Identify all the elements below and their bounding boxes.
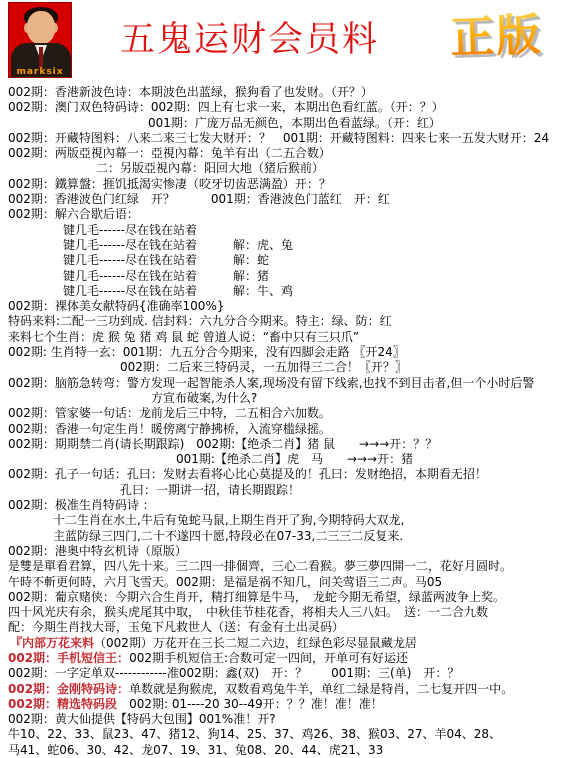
tip-line: 键几毛------尽在钱在站着 解：蛇 (8, 253, 573, 268)
tip-line-text: 键几毛------尽在钱在站着 解：虎、兔 (63, 238, 293, 252)
tip-line-text: 键几毛------尽在钱在站着 解：牛、鸡 (63, 284, 293, 298)
tip-line-text: 特码来料:二配一三功到成. 信封料：六九分合今期来。特主：绿、防：红 (8, 314, 392, 328)
tip-line-text: 002期：香港波色门红绿 开？ 001期：香港波色门蓝红 开：红 (8, 192, 390, 206)
tip-line-text: 002期：极准生肖特码诗 ： (8, 498, 155, 512)
tip-line-text: 牛10、22、33、鼠23、47、猪12、狗14、25、37、鸡26、38、猴0… (8, 727, 501, 741)
tipster-photo: marksix (8, 2, 72, 78)
tip-line: 特码来料:二配一三功到成. 信封料：六九分合今期来。特主：绿、防：红 (8, 314, 573, 329)
tip-line-text: 方宣布破案,为什么? (151, 391, 257, 405)
page-header: marksix 五鬼运财会员料 正版 (0, 0, 575, 84)
tip-line-text: 001期：广庞万品无颜色，本期出色看蓝绿。（开：红） (148, 116, 441, 130)
tip-line-text: 002期：两版亞視內幕一：亞視內幕：兔羊有出（二五合数） (8, 146, 331, 160)
tip-line-text: 002期：期期禁二肖(请长期跟踪) 002期:【绝杀二肖】猪 鼠 →→→开：？？ (8, 437, 437, 451)
tip-line-highlight: 『内部万花来料 (10, 636, 94, 650)
tip-line: 002期：香港新波色诗：本期波色出蓝绿，猴狗看了也发财。（开？） (8, 85, 573, 100)
tip-line: 键几毛------尽在钱在站着 (8, 223, 573, 238)
tip-line: 牛10、22、33、鼠23、47、猪12、狗14、25、37、鸡26、38、猴0… (8, 727, 573, 742)
tip-line-text: 马41、蛇06、30、42、龙07、19、31、兔08、20、44、虎21、33 (8, 743, 383, 757)
tip-line: 002期：香港一句定生肖！暖傍离宁静拂桥，入流穿槛绿摇。 (8, 422, 573, 437)
tip-line-text: 是雙是單看君算，四八先十来。三二四一排個齊，三心二看猴。夢三夢四開一二，花好月圆… (8, 559, 512, 573)
tip-line-text: 002期：脑筋急转弯：警方发现一起智能杀人案,现场没有留下线索,也找不到目击者,… (8, 376, 534, 390)
tip-line: 002期：解六合歇后语： (8, 207, 573, 222)
photo-caption: marksix (9, 67, 71, 77)
tip-line-text: 002期：澳门双色特码诗：002期：四上有七求一来，本期出色看红蓝。（开：？） (8, 100, 444, 114)
tip-line: 002期：澳门双色特码诗：002期：四上有七求一来，本期出色看红蓝。（开：？） (8, 100, 573, 115)
tip-line: 是雙是單看君算，四八先十来。三二四一排個齊，三心二看猴。夢三夢四開一二，花好月圆… (8, 559, 573, 574)
tip-line-text: 主蓝防绿三四门,二十不遂四十愿,特段必在07-33,二三三二反复来. (53, 529, 403, 543)
tip-line: 002期：精选特码段 002期: 01----20 30--49开：？？准！准！… (8, 697, 573, 712)
tip-line-text: 001期:【绝杀二肖】虎 马 →→→开：猪 (176, 452, 413, 466)
tip-line-text: 002期：一字定单双------------准002期：鑫(双) 开：？ 001… (8, 666, 459, 680)
tip-line-text: 002期：葡京赌侠：今期六合生肖开，精打细算是牛马， 龙蛇今期无希望，绿蓝两波争… (8, 590, 505, 604)
tip-line-text: 002期: 01----20 30--49开：？？准！准！准！ (117, 697, 383, 711)
tip-line: 002期：金刚特码诗：单数就是狗猴虎，双数看鸡兔牛羊，单红二绿是特肖，二七复开四… (8, 682, 573, 697)
tip-line: 键几毛------尽在钱在站着 解：虎、兔 (8, 238, 573, 253)
tip-line: 来料七个生肖：虎 猴 兔 猪 鸡 鼠 蛇 曾道人说：“畜中只有三只爪” (8, 330, 573, 345)
tip-line-text: 午時不斬更何時，六月飞雪天。002期：是福是祸不知几，问关莺语三二声。马05 (8, 575, 442, 589)
tip-line-text: 配：今期生肖找大哥，玉兔下凡救世人（送：有金有土出灵码） (8, 620, 344, 634)
tip-line-text: 键几毛------尽在钱在站着 解：猪 (63, 269, 269, 283)
tip-line: 002期：鐵算盤：捱饥抵渴实惨凄（咬牙切齿恶满盈）开：？ (8, 177, 573, 192)
photo-tie-shape (39, 47, 43, 69)
page-title: 五鬼运财会员料 (120, 12, 379, 62)
tip-line-text: 单数就是狗猴虎，双数看鸡兔牛羊，单红二绿是特肖，二七复开四一中。 (129, 682, 513, 696)
tip-line: 002期：脑筋急转弯：警方发现一起智能杀人案,现场没有留下线索,也找不到目击者,… (8, 376, 573, 391)
tip-line: 002期：手机短信王：002期手机短信王:合数可定一四间，开单可有好运还 (8, 651, 573, 666)
tip-line: 主蓝防绿三四门,二十不遂四十愿,特段必在07-33,二三三二反复来. (8, 529, 573, 544)
tip-line: 001期:【绝杀二肖】虎 马 →→→开：猪 (8, 452, 573, 467)
tip-line: 002期：管家婆一句话：龙前龙后三中特，二五相合六加数。 (8, 406, 573, 421)
tip-line-text: 002期：开藏特图料：八来二来三七发大财开：？ 001期：开藏特图料：四来七来一… (8, 131, 549, 145)
tip-line: 002期：港奥中特玄机诗（原版） (8, 544, 573, 559)
tip-line: 午時不斬更何時，六月飞雪天。002期：是福是祸不知几，问关莺语三二声。马05 (8, 575, 573, 590)
tip-line: 002期：香港波色门红绿 开？ 001期：香港波色门蓝红 开：红 (8, 192, 573, 207)
tip-line-text: 键几毛------尽在钱在站着 (63, 223, 197, 237)
tip-line-text: 002期：孔子一句话：孔曰：发财去看将心比心莫提及的！孔曰：发财绝招，本期看无招… (8, 467, 487, 481)
tip-line-text: 002期手机短信王:合数可定一四间，开单可有好运还 (129, 651, 408, 665)
photo-face-shape (27, 11, 55, 44)
tip-line-text: 四十风光庆有余，猴头虎尾其中取， 中秋佳节桂花香，将相夫人三八妇。 送：一二合九… (8, 605, 488, 619)
tip-line: 002期：二后来三特码灵，一五加得三二合！〖开？〗 (8, 360, 573, 375)
tip-line-text: （002期）万花开在三长二短二六边，红绿色彩尽显鼠藏龙居 (94, 636, 417, 650)
tip-line-text: 来料七个生肖：虎 猴 兔 猪 鸡 鼠 蛇 曾道人说：“畜中只有三只爪” (8, 330, 359, 344)
tip-sheet-page: marksix 五鬼运财会员料 正版 002期：香港新波色诗：本期波色出蓝绿，猴… (0, 0, 575, 758)
tip-line-text: 十二生肖在水土,牛后有兔蛇马鼠,上期生肖开了狗,今期特码大双龙, (53, 513, 404, 527)
tip-line: 键几毛------尽在钱在站着 解：牛、鸡 (8, 284, 573, 299)
tip-line: 孔曰：一期讲一招，请长期跟踪！ (8, 483, 573, 498)
tip-line: 002期：裸体美女献特码{准确率100%} (8, 299, 573, 314)
tip-line-text: 002期：香港新波色诗：本期波色出蓝绿，猴狗看了也发财。（开？） (8, 85, 373, 99)
tip-line-highlight: 002期：手机短信王： (8, 651, 129, 665)
tips-list: 002期：香港新波色诗：本期波色出蓝绿，猴狗看了也发财。（开？）002期：澳门双… (0, 84, 575, 758)
tip-line: 键几毛------尽在钱在站着 解：猪 (8, 269, 573, 284)
tip-line-text: 002期: 生肖特一玄：001期：九五分合今期来，没有四脚会走路 〖开24〗 (8, 345, 405, 359)
tip-line-text: 002期：鐵算盤：捱饥抵渴实惨凄（咬牙切齿恶满盈）开：？ (8, 177, 331, 191)
tip-line: 配：今期生肖找大哥，玉兔下凡救世人（送：有金有土出灵码） (8, 620, 573, 635)
tip-line: 二：另版亞視內幕：阳回大地（猪后猴前） (8, 161, 573, 176)
tip-line: 001期：广庞万品无颜色，本期出色看蓝绿。（开：红） (8, 116, 573, 131)
genuine-stamp: 正版 (449, 0, 543, 66)
tip-line-text: 002期：黄大仙提供【特码大包围】001%准！开? (8, 712, 276, 726)
tip-line-text: 孔曰：一期讲一招，请长期跟踪！ (120, 483, 300, 497)
tip-line: 002期: 生肖特一玄：001期：九五分合今期来，没有四脚会走路 〖开24〗 (8, 345, 573, 360)
tip-line-highlight: 002期：金刚特码诗： (8, 682, 129, 696)
tip-line: 『内部万花来料（002期）万花开在三长二短二六边，红绿色彩尽显鼠藏龙居 (8, 636, 573, 651)
tip-line: 方宣布破案,为什么? (8, 391, 573, 406)
tip-line-text: 002期：港奥中特玄机诗（原版） (8, 544, 187, 558)
tip-line: 002期：黄大仙提供【特码大包围】001%准！开? (8, 712, 573, 727)
tip-line-text: 二：另版亞視內幕：阳回大地（猪后猴前） (96, 161, 324, 175)
tip-line: 002期：开藏特图料：八来二来三七发大财开：？ 001期：开藏特图料：四来七来一… (8, 131, 573, 146)
tip-line: 002期：期期禁二肖(请长期跟踪) 002期:【绝杀二肖】猪 鼠 →→→开：？？ (8, 437, 573, 452)
tip-line-text: 002期：解六合歇后语： (8, 207, 139, 221)
tip-line: 002期：孔子一句话：孔曰：发财去看将心比心莫提及的！孔曰：发财绝招，本期看无招… (8, 467, 573, 482)
tip-line-text: 002期：裸体美女献特码{准确率100%} (8, 299, 224, 313)
tip-line-text: 键几毛------尽在钱在站着 解：蛇 (63, 253, 269, 267)
tip-line: 002期：极准生肖特码诗 ： (8, 498, 573, 513)
tip-line: 002期：两版亞視內幕一：亞視內幕：兔羊有出（二五合数） (8, 146, 573, 161)
tip-line-text: 002期：香港一句定生肖！暖傍离宁静拂桥，入流穿槛绿摇。 (8, 422, 331, 436)
tip-line-text: 002期：二后来三特码灵，一五加得三二合！〖开？〗 (120, 360, 407, 374)
tip-line: 四十风光庆有余，猴头虎尾其中取， 中秋佳节桂花香，将相夫人三八妇。 送：一二合九… (8, 605, 573, 620)
tip-line-text: 002期：管家婆一句话：龙前龙后三中特，二五相合六加数。 (8, 406, 331, 420)
tip-line-highlight: 002期：精选特码段 (8, 697, 117, 711)
tip-line: 002期：一字定单双------------准002期：鑫(双) 开：？ 001… (8, 666, 573, 681)
tip-line: 马41、蛇06、30、42、龙07、19、31、兔08、20、44、虎21、33 (8, 743, 573, 758)
tip-line: 十二生肖在水土,牛后有兔蛇马鼠,上期生肖开了狗,今期特码大双龙, (8, 513, 573, 528)
tip-line: 002期：葡京赌侠：今期六合生肖开，精打细算是牛马， 龙蛇今期无希望，绿蓝两波争… (8, 590, 573, 605)
